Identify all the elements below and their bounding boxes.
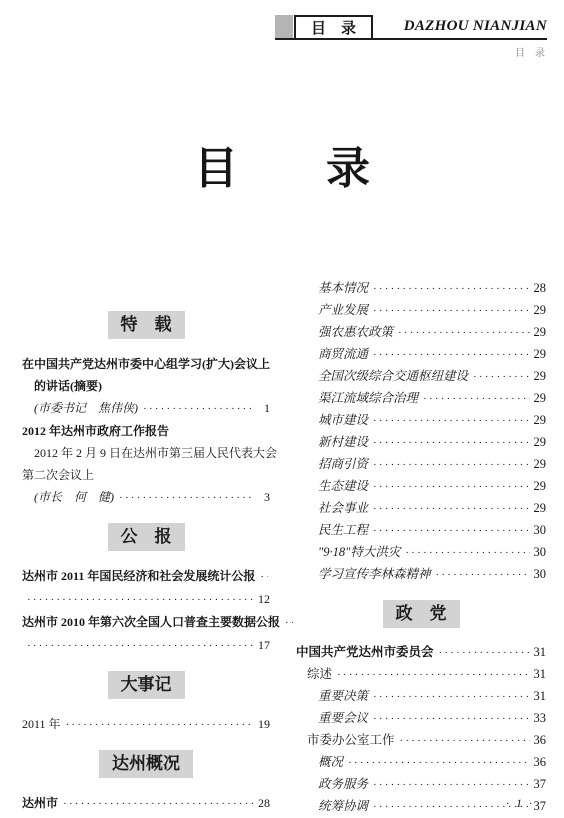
entry-label: 综述 [307, 664, 332, 685]
dot-leader: ········································… [400, 731, 530, 752]
toc-entry: 达州市 2010 年第六次全国人口普查主要数据公报···············… [22, 611, 270, 634]
toc-entry: 中国共产党达州市委员会·····························… [296, 642, 546, 664]
page-number: 29 [532, 410, 546, 431]
dot-leader: ········································… [373, 477, 530, 498]
section-header: 公 报 [22, 523, 270, 551]
entry-label: 概况 [318, 752, 343, 773]
toc-entry: 强农惠农政策··································… [296, 322, 546, 344]
toc-entry: 政务服务····································… [296, 774, 546, 796]
entry-label: (市长 何 健) [34, 486, 114, 508]
entry-label: 社会事业 [318, 498, 368, 519]
page-number: 37 [532, 774, 546, 795]
page-number: 29 [532, 498, 546, 519]
entry-label: 生态建设 [318, 476, 368, 497]
entry-label: 全国次级综合交通枢纽建设 [318, 366, 468, 387]
entry-label: 强农惠农政策 [318, 322, 393, 343]
page-number: 17 [256, 634, 270, 656]
toc-text-line: 第二次会议上 [22, 464, 270, 486]
dot-leader: ········································… [373, 499, 530, 520]
toc-entry: 重要会议····································… [296, 708, 546, 730]
entry-label: 中国共产党达州市委员会 [296, 642, 434, 663]
dot-leader: ········································… [373, 411, 530, 432]
toc-entry: 社会事业····································… [296, 498, 546, 520]
toc-entry-continuation: ········································… [22, 588, 270, 611]
entry-label: 基本情况 [318, 278, 368, 299]
entry-label: 政务服务 [318, 774, 368, 795]
page-number: 19 [256, 713, 270, 735]
page-title: 目 录 [0, 132, 564, 196]
entry-label: 达州市 2011 年国民经济和社会发展统计公报 [22, 565, 255, 587]
toc-column-left: 特 载在中国共产党达州市委中心组学习(扩大)会议上的讲话(摘要)(市委书记 焦伟… [22, 297, 270, 815]
toc-column-right: 基本情况····································… [296, 278, 546, 818]
toc-entry: (市委书记 焦伟侠)······························… [22, 397, 270, 420]
page-number: 29 [532, 476, 546, 497]
dot-leader: ········································… [398, 323, 530, 344]
entry-label: 渠江流域综合治理 [318, 388, 418, 409]
toc-entry: 产业发展····································… [296, 300, 546, 322]
toc-entry: "9·18"特大洪灾······························… [296, 542, 546, 564]
entry-label: 民生工程 [318, 520, 368, 541]
dot-leader: ········································… [423, 389, 530, 410]
section-header: 大事记 [22, 671, 270, 699]
toc-entry: 市委办公室工作·································… [296, 730, 546, 752]
entry-label: 2011 年 [22, 713, 61, 735]
page-header: 目 录 DAZHOU NIANJIAN [275, 15, 547, 40]
dot-leader: ········································… [260, 566, 268, 588]
toc-entry: 城市建设····································… [296, 410, 546, 432]
dot-leader: ········································… [439, 643, 530, 664]
dot-leader: ········································… [373, 775, 530, 796]
dot-leader: ········································… [373, 345, 530, 366]
page-number: 31 [532, 642, 546, 663]
toc-entry: 商贸流通····································… [296, 344, 546, 366]
header-tab-label: 目 录 [311, 17, 356, 38]
page-number: 29 [532, 366, 546, 387]
entry-label: 产业发展 [318, 300, 368, 321]
toc-entry: 达州市 2011 年国民经济和社会发展统计公报·················… [22, 565, 270, 588]
dot-leader: ········································… [119, 487, 254, 509]
entry-label: 统筹协调 [318, 796, 368, 817]
toc-entry: 招商引资····································… [296, 454, 546, 476]
entry-label: 重要会议 [318, 708, 368, 729]
dot-leader: ········································… [373, 301, 530, 322]
entry-label: 城市建设 [318, 410, 368, 431]
page-number: 31 [532, 664, 546, 685]
entry-label: (市委书记 焦伟侠) [34, 397, 138, 419]
dot-leader: ········································… [143, 398, 254, 420]
dot-leader: ········································… [405, 543, 530, 564]
page-number: 29 [532, 322, 546, 343]
toc-entry: 民生工程····································… [296, 520, 546, 542]
dot-leader: ········································… [27, 635, 254, 657]
entry-label: 重要决策 [318, 686, 368, 707]
page-number: 29 [532, 454, 546, 475]
header-corner-chip [275, 15, 293, 38]
page-number: 36 [532, 752, 546, 773]
entry-label: 达州市 [22, 792, 58, 814]
page-number: 29 [532, 432, 546, 453]
dot-leader: ········································… [373, 687, 530, 708]
page-number: 29 [532, 344, 546, 365]
dot-leader: ········································… [473, 367, 530, 388]
folio-page-number: · 1 · [506, 796, 534, 811]
page-number: 29 [532, 300, 546, 321]
entry-label: 达州市 2010 年第六次全国人口普查主要数据公报 [22, 611, 280, 633]
page-number: 1 [256, 397, 270, 419]
page-number: 29 [532, 388, 546, 409]
dot-leader: ········································… [66, 714, 254, 736]
section-header: 政 党 [296, 600, 546, 628]
section-header: 特 载 [22, 311, 270, 339]
section-header: 达州概况 [22, 750, 270, 778]
dot-leader: ········································… [285, 612, 293, 634]
page-number: 28 [256, 792, 270, 814]
dot-leader: ········································… [373, 455, 530, 476]
section-header-label: 大事记 [108, 671, 185, 699]
page-number: 12 [256, 588, 270, 610]
dot-leader: ········································… [373, 433, 530, 454]
header-section-tab: 目 录 [294, 15, 373, 38]
toc-entry: 综述······································… [296, 664, 546, 686]
section-header-label: 公 报 [108, 523, 185, 551]
toc-text-line: 在中国共产党达州市委中心组学习(扩大)会议上 [22, 353, 270, 375]
toc-entry: 2011 年··································… [22, 713, 270, 736]
toc-entry: (市长 何 健)································… [22, 486, 270, 509]
running-head: 目 录 [515, 44, 545, 59]
dot-leader: ········································… [373, 279, 530, 300]
dot-leader: ········································… [348, 753, 530, 774]
toc-entry: 全国次级综合交通枢纽建设····························… [296, 366, 546, 388]
toc-entry: 新村建设····································… [296, 432, 546, 454]
toc-text-line: 2012 年 2 月 9 日在达州市第三届人民代表大会 [22, 442, 270, 464]
entry-label: "9·18"特大洪灾 [318, 542, 400, 563]
entry-label: 新村建设 [318, 432, 368, 453]
toc-entry: 达州市·····································… [22, 792, 270, 815]
toc-entry: 重要决策····································… [296, 686, 546, 708]
journal-title: DAZHOU NIANJIAN [404, 18, 547, 38]
page-number: 30 [532, 520, 546, 541]
toc-text-line: 2012 年达州市政府工作报告 [22, 420, 270, 442]
entry-label: 商贸流通 [318, 344, 368, 365]
page-number: 31 [532, 686, 546, 707]
section-header-label: 特 载 [108, 311, 185, 339]
entry-label: 招商引资 [318, 454, 368, 475]
toc-entry: 生态建设····································… [296, 476, 546, 498]
dot-leader: ········································… [337, 665, 530, 686]
toc-entry: 学习宣传李林森精神·······························… [296, 564, 546, 586]
page-number: 36 [532, 730, 546, 751]
toc-entry-continuation: ········································… [22, 634, 270, 657]
dot-leader: ········································… [63, 793, 254, 815]
page-number: 37 [532, 796, 546, 817]
toc-entry: 渠江流域综合治理································… [296, 388, 546, 410]
entry-label: 学习宣传李林森精神 [318, 564, 431, 585]
page-number: 3 [256, 486, 270, 508]
page-number: 30 [532, 542, 546, 563]
entry-label: 市委办公室工作 [307, 730, 395, 751]
page-number: 28 [532, 278, 546, 299]
dot-leader: ········································… [27, 589, 254, 611]
page-number: 33 [532, 708, 546, 729]
dot-leader: ········································… [436, 565, 530, 586]
toc-entry: 基本情况····································… [296, 278, 546, 300]
section-header-label: 达州概况 [99, 750, 193, 778]
dot-leader: ········································… [373, 521, 530, 542]
section-header-label: 政 党 [383, 600, 460, 628]
toc-text-line: 的讲话(摘要) [22, 375, 270, 397]
dot-leader: ········································… [373, 709, 530, 730]
page-number: 30 [532, 564, 546, 585]
toc-entry: 概况······································… [296, 752, 546, 774]
